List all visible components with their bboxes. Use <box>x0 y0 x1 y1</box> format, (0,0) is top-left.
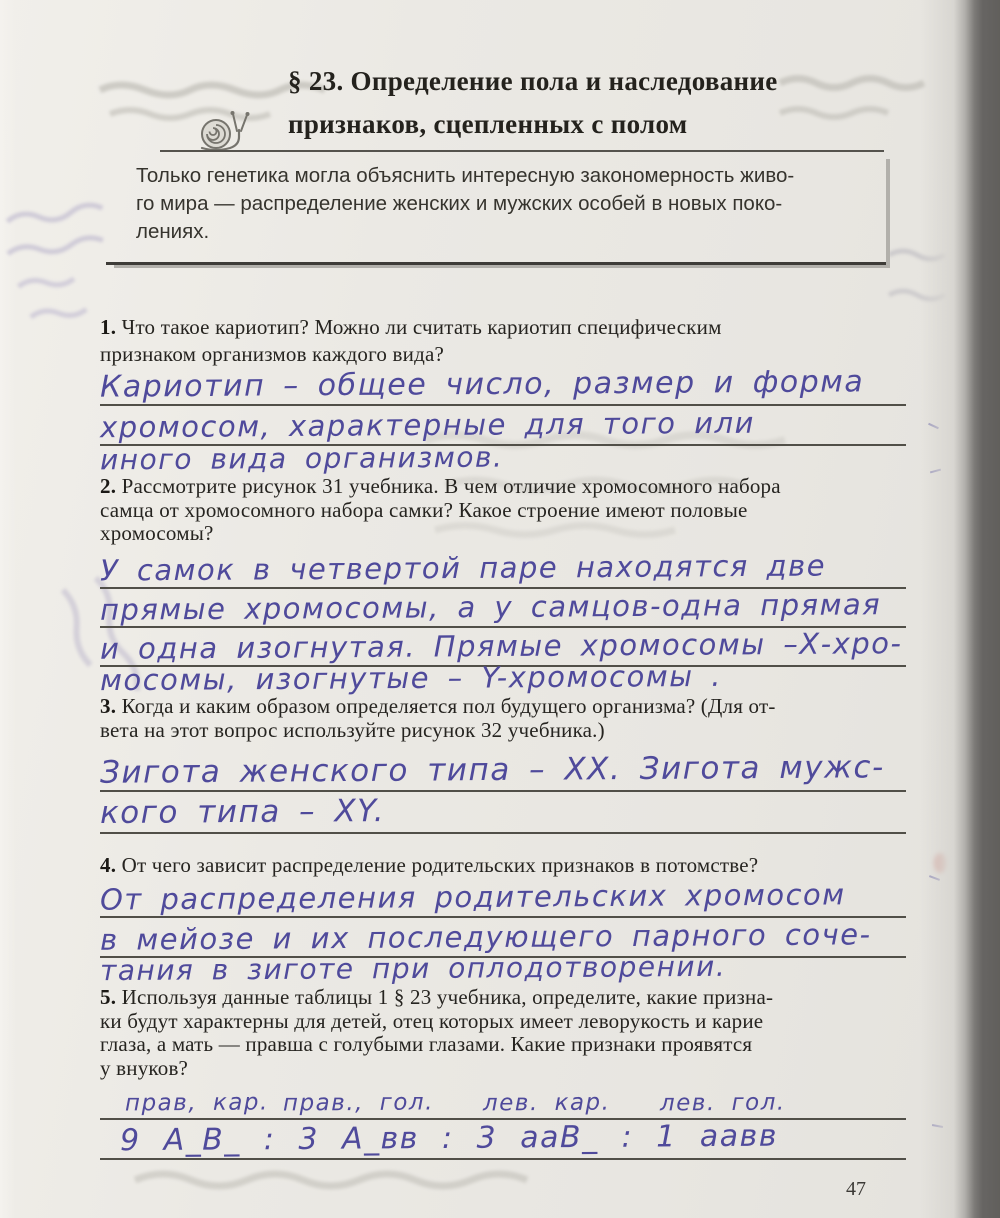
question-4: 4. От чего зависит распределение родител… <box>100 854 910 878</box>
answer-5-label: лев. кар. <box>483 1090 611 1119</box>
question-5: 5. Используя данные таблицы 1 § 23 учебн… <box>100 986 910 1080</box>
question-number: 5. <box>100 985 116 1009</box>
answer-3-line-1: Зигота женского типа – ХХ. Зигота мужс- <box>100 746 906 792</box>
question-text: самца от хромосомного набора самки? Како… <box>100 499 910 523</box>
intro-box: Только генетика могла объяснить интересн… <box>106 152 886 265</box>
question-number: 1. <box>100 315 116 339</box>
snail-icon <box>190 104 252 154</box>
answer-1-line-3: иного вида организмов. <box>100 444 906 477</box>
title-line-1: § 23. Определение пола и наследование <box>288 60 778 103</box>
question-text: Что такое кариотип? Можно ли считать кар… <box>122 315 722 339</box>
question-text: глаза, а мать — правша с голубыми глазам… <box>100 1033 910 1057</box>
page-left-edge <box>0 0 16 1218</box>
bleedthrough-bottom <box>130 1160 690 1210</box>
answer-5-label: лев. гол. <box>660 1090 786 1119</box>
question-1: 1. Что такое кариотип? Можно ли считать … <box>100 314 910 368</box>
page-title: § 23. Определение пола и наследование пр… <box>288 60 778 146</box>
intro-line: Только генетика могла объяснить интересн… <box>136 164 794 188</box>
question-text: вета на этот вопрос используйте рисунок … <box>100 719 910 743</box>
answer-5-ratio: 9 А_В_ : 3 А_вв : 3 ааВ_ : 1 аавв <box>100 1120 906 1160</box>
question-text: Когда и каким образом определяется пол б… <box>122 694 776 718</box>
question-number: 2. <box>100 474 116 498</box>
question-number: 4. <box>100 853 116 877</box>
answer-2-line-1: У самок в четвертой паре находятся две <box>100 550 906 589</box>
question-text: ки будут характерны для детей, отец кото… <box>100 1010 910 1034</box>
answer-1-line-1: Кариотип – общее число, размер и форма <box>100 362 906 406</box>
intro-line: лениях. <box>136 220 209 244</box>
book-page-edge <box>920 0 1000 1218</box>
answer-2-line-4: мосомы, изогнутые – Y-хромосомы . <box>100 663 906 697</box>
workbook-page: § 23. Определение пола и наследование пр… <box>0 0 1000 1218</box>
page-number: 47 <box>846 1178 866 1201</box>
title-line-2: признаков, сцепленных с полом <box>288 103 778 146</box>
question-3: 3. Когда и каким образом определяется по… <box>100 695 910 742</box>
question-text: хромосомы? <box>100 522 910 546</box>
question-text: От чего зависит распределение родительск… <box>122 853 759 877</box>
question-text: Рассмотрите рисунок 31 учебника. В чем о… <box>122 474 781 498</box>
intro-line: го мира — распределение женских и мужски… <box>136 192 782 216</box>
question-number: 3. <box>100 694 116 718</box>
question-2: 2. Рассмотрите рисунок 31 учебника. В че… <box>100 475 910 546</box>
answer-5-label: прав, кар. <box>125 1089 269 1118</box>
answer-4-line-3: тания в зиготе при оплодотворении. <box>100 956 906 987</box>
question-text: у внуков? <box>100 1057 910 1081</box>
answer-5-label: прав., гол. <box>283 1089 434 1118</box>
answer-5-labels: прав, кар. прав., гол. лев. кар. лев. го… <box>100 1086 906 1120</box>
answer-4-line-1: От распределения родительских хромосом <box>100 878 906 918</box>
answer-3-line-2: кого типа – ХY. <box>100 790 906 834</box>
answer-2-line-2: прямые хромосомы, а у самцов-одна прямая <box>100 588 906 628</box>
question-text: Используя данные таблицы 1 § 23 учебника… <box>122 985 774 1009</box>
